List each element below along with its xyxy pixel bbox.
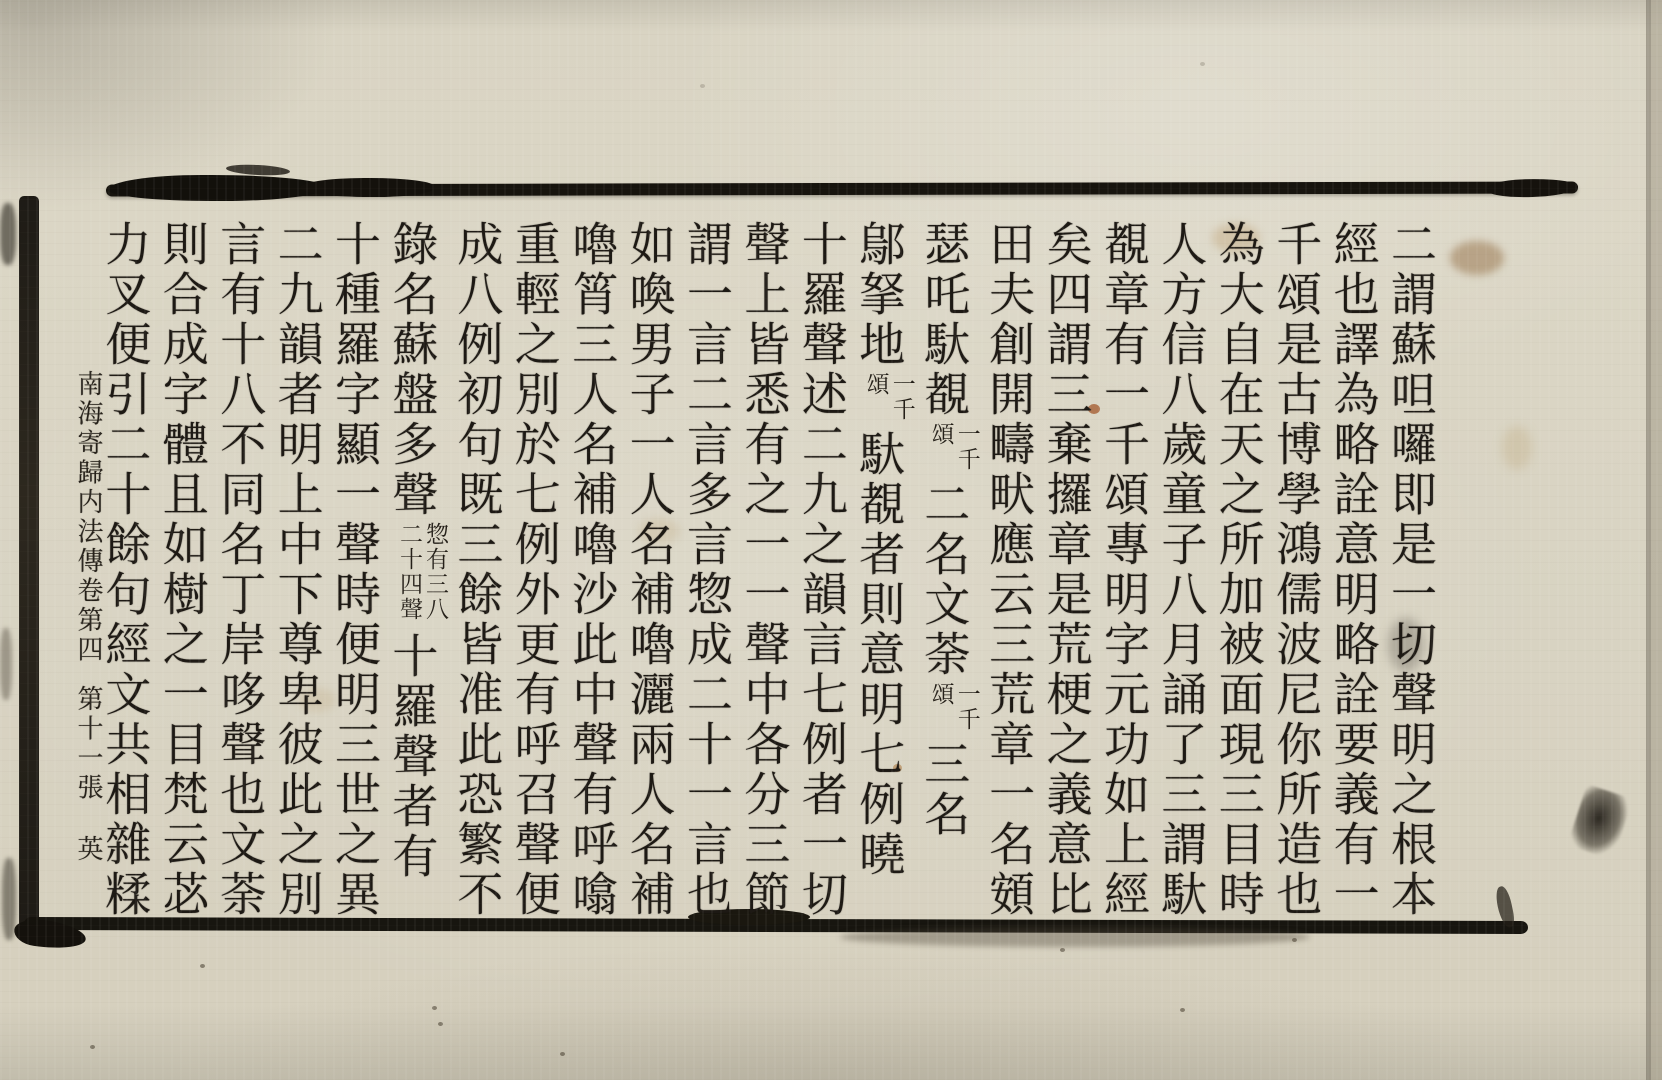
text-column: 則合成字體且如樹之一目梵云苾 [153,220,210,926]
paper-speck [432,1006,437,1010]
column-text: 重輕之別於七例外更有呼召聲便 [509,220,560,920]
colophon: 南海寄歸内法傳卷第四 第十一張 英 [68,370,108,930]
text-columns: 二謂蘇呾囉即是一切聲明之根本經也譯為略詮意明略詮要義有一千頌是古博學鴻儒波尼你所… [117,220,1439,926]
frame-top-border [106,181,1578,196]
column-text: 十羅聲述二九之韻言七例者一切 [796,220,847,920]
frame-top-ink-blob [1486,177,1579,198]
column-text: 如喚男子一人名補嚕灑兩人名補 [624,220,675,920]
frame-top-ink-blob [108,175,326,201]
column-text: 嚕筲三人名補嚕沙此中聲有呼噏 [566,220,617,920]
frame-top-ink-blob [300,178,434,197]
column-text: 聲上皆悉有之一一聲中各分三節 [738,220,789,920]
paper-speck [1180,1008,1185,1012]
left-margin-ink-mark [2,858,16,940]
text-column: 聲上皆悉有之一一聲中各分三節 [735,220,792,926]
paper-right-edge [1651,0,1662,1080]
text-column: 成八例初句既三餘皆准此恐繁不 [448,220,505,926]
text-column: 覩章有一千頌專明字元功如上經 [1095,220,1152,926]
text-column: 十種羅字顯一聲時便明三世之異 [326,220,383,926]
paper-speck [90,1045,95,1049]
brown-stain [1450,241,1504,275]
frame-left-border [19,196,39,938]
column-text: 十種羅字顯一聲時便明三世之異 [329,220,380,920]
foxing-stain [1502,426,1532,470]
colophon-collator-mark: 英 [74,835,103,865]
left-margin-ink-mark [0,628,12,700]
column-text: 二九韻者明上中下尊卑彼此之別 [272,220,323,920]
column-text: 二謂蘇呾囉即是一切聲明之根本 [1385,220,1436,920]
text-column: 錄名蘇盤多聲惣有三八二十四聲十羅聲者有 [383,220,448,926]
column-text: 言有十八不同名丁岸哆聲也文荼 [214,220,265,920]
paper-right-edge-line [1646,0,1651,1080]
column-text: 鄔拏地 [853,220,904,370]
interlinear-note: 一千頌 [863,372,915,428]
paper-speck [1200,62,1205,66]
text-column: 經也譯為略詮意明略詮要義有一 [1324,220,1381,926]
paper-speck [560,1052,565,1056]
text-column: 田夫創開疇畎應云三荒章一名頞 [980,220,1037,926]
interlinear-note: 惣有三八二十四聲 [396,522,448,630]
column-text: 田夫創開疇畎應云三荒章一名頞 [983,220,1034,920]
column-text: 馱覩者則意明七例曉 [853,430,904,880]
colophon-sheet-number: 第十一張 [74,685,103,803]
column-text: 經也譯為略詮意明略詮要義有一 [1328,220,1379,920]
column-text: 覩章有一千頌專明字元功如上經 [1098,220,1149,920]
frame-right-border-remnant [1494,885,1516,929]
text-column: 言有十八不同名丁岸哆聲也文荼 [211,220,268,926]
frame-top-ink-blob [226,163,290,176]
column-text: 為大自在天之所加被面現三目時 [1213,220,1264,920]
text-column: 千頌是古博學鴻儒波尼你所造也 [1267,220,1324,926]
text-column: 二謂蘇呾囉即是一切聲明之根本 [1382,220,1439,926]
paper-speck [200,964,205,968]
paper-speck [700,84,705,88]
text-column: 如喚男子一人名補嚕灑兩人名補 [620,220,677,926]
text-column: 矣四謂三棄攞章是荒梗之義意比 [1037,220,1094,926]
text-column: 瑟吒馱覩一千頌二名文荼一千頌三名 [915,220,980,926]
text-column: 嚕筲三人名補嚕沙此中聲有呼噏 [563,220,620,926]
colophon-title: 南海寄歸内法傳卷第四 [74,370,103,665]
column-text: 矣四謂三棄攞章是荒梗之義意比 [1041,220,1092,920]
text-column: 人方信八歲童子八月誦了三謂馱 [1152,220,1209,926]
paper-speck [1292,938,1297,942]
left-margin-ink-mark [0,203,16,265]
text-column: 二九韻者明上中下尊卑彼此之別 [268,220,325,926]
column-text: 千頌是古博學鴻儒波尼你所造也 [1270,220,1321,920]
column-text: 成八例初句既三餘皆准此恐繁不 [451,220,502,920]
column-text: 人方信八歲童子八月誦了三謂馱 [1155,220,1206,920]
text-column: 為大自在天之所加被面現三目時 [1209,220,1266,926]
frame-bottom-smear [840,927,1310,947]
column-text: 二名文荼 [918,480,969,680]
interlinear-note: 一千頌 [928,682,980,738]
ink-blot [1567,784,1632,860]
column-text: 則合成字體且如樹之一目梵云苾 [157,220,208,920]
column-text: 三名 [918,740,969,840]
column-text: 錄名蘇盤多聲 [386,220,437,520]
text-column: 十羅聲述二九之韻言七例者一切 [792,220,849,926]
column-text: 謂一言二言多言惣成二十一言也 [681,220,732,920]
paper-speck [438,1022,443,1026]
paper-speck [1060,948,1065,952]
text-column: 重輕之別於七例外更有呼召聲便 [505,220,562,926]
column-text: 十羅聲者有 [386,632,437,882]
column-text: 瑟吒馱覩 [918,220,969,420]
text-column: 鄔拏地一千頌馱覩者則意明七例曉 [850,220,915,926]
text-column: 謂一言二言多言惣成二十一言也 [678,220,735,926]
page-scan: 二謂蘇呾囉即是一切聲明之根本經也譯為略詮意明略詮要義有一千頌是古博學鴻儒波尼你所… [0,0,1662,1080]
interlinear-note: 一千頌 [928,422,980,478]
